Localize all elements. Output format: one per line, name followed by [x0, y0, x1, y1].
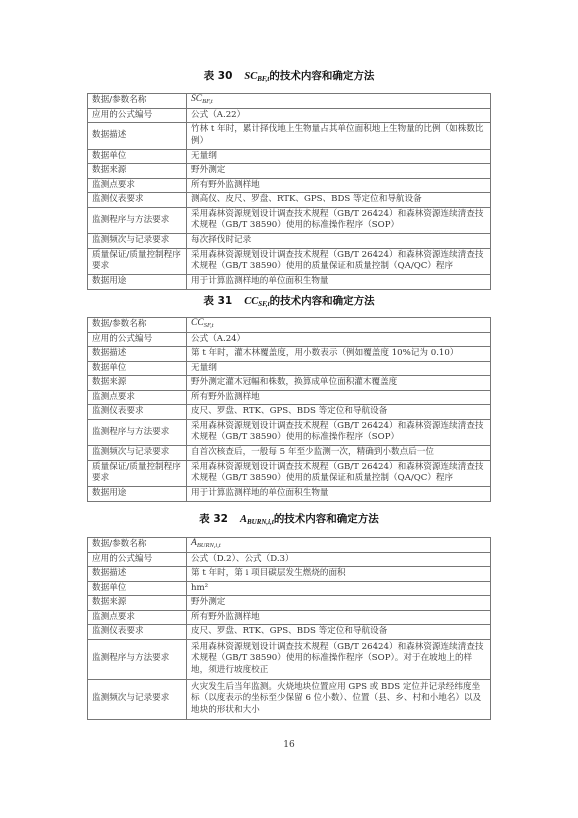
- table-row: 监测频次与记录要求火灾发生后当年监测。火烧地块位置应用 GPS 或 BDS 定位…: [88, 679, 491, 719]
- table-row: 数据/参数名称CCSF,t: [88, 318, 491, 333]
- row-key: 数据来源: [88, 376, 187, 391]
- table-32: 数据/参数名称ABURN,i,t 应用的公式编号公式（D.2）、公式（D.3） …: [87, 537, 491, 720]
- title-suffix: 的技术内容和确定方法: [269, 70, 374, 82]
- row-key: 监测频次与记录要求: [88, 446, 187, 461]
- row-value: CCSF,t: [187, 318, 491, 333]
- row-value: 公式（A.22）: [187, 108, 491, 123]
- table-row: 数据用途用于计算监测样地的单位面积生物量: [88, 275, 491, 290]
- table-number: 表 32: [199, 513, 228, 525]
- table-row: 质量保证/质量控制程序要求采用森林资源规划设计调查技术规程（GB/T 26424…: [88, 248, 491, 275]
- row-value: 采用森林资源规划设计调查技术规程（GB/T 26424）和森林资源连续清查技术规…: [187, 639, 491, 679]
- row-value: 第 t 年时，灌木林覆盖度，用小数表示（例如覆盖度 10%记为 0.10）: [187, 347, 491, 362]
- row-value: 第 t 年时，第 i 项目碳层发生燃烧的面积: [187, 567, 491, 582]
- row-value: 采用森林资源规划设计调查技术规程（GB/T 26424）和森林资源连续清查技术规…: [187, 419, 491, 446]
- row-value: 所有野外监测样地: [187, 178, 491, 193]
- row-key: 数据单位: [88, 581, 187, 596]
- row-key: 监测仪表要求: [88, 405, 187, 420]
- table-row: 监测频次与记录要求每次择伐时记录: [88, 234, 491, 249]
- row-value: 无量纲: [187, 361, 491, 376]
- row-value: 自首次核查后，一般每 5 年至少监测一次，精确到小数点后一位: [187, 446, 491, 461]
- table-row: 质量保证/质量控制程序要求采用森林资源规划设计调查技术规程（GB/T 26424…: [88, 460, 491, 487]
- table-row: 监测点要求所有野外监测样地: [88, 178, 491, 193]
- row-key: 监测程序与方法要求: [88, 639, 187, 679]
- row-key: 监测频次与记录要求: [88, 679, 187, 719]
- row-value: 无量纲: [187, 149, 491, 164]
- table-row: 监测仪表要求测高仪、皮尺、罗盘、RTK、GPS、BDS 等定位和导航设备: [88, 193, 491, 208]
- row-value: 竹林 t 年时，累计择伐地上生物量占其单位面积地上生物量的比例（如株数比例）: [187, 123, 491, 150]
- row-key: 应用的公式编号: [88, 552, 187, 567]
- row-value: 公式（D.2）、公式（D.3）: [187, 552, 491, 567]
- row-value: ABURN,i,t: [187, 538, 491, 553]
- table-row: 监测点要求所有野外监测样地: [88, 390, 491, 405]
- title-suffix: 的技术内容和确定方法: [270, 295, 375, 307]
- row-value: 野外测定灌木冠幅和株数，换算成单位面积灌木覆盖度: [187, 376, 491, 391]
- table-row: 监测仪表要求皮尺、罗盘、RTK、GPS、BDS 等定位和导航设备: [88, 405, 491, 420]
- param-symbol: ABURN,i,t: [191, 538, 221, 548]
- table-row: 数据来源野外测定灌木冠幅和株数，换算成单位面积灌木覆盖度: [88, 376, 491, 391]
- table-row: 应用的公式编号公式（A.22）: [88, 108, 491, 123]
- table-row: 应用的公式编号公式（A.24）: [88, 332, 491, 347]
- table-row: 监测点要求所有野外监测样地: [88, 610, 491, 625]
- row-value: 测高仪、皮尺、罗盘、RTK、GPS、BDS 等定位和导航设备: [187, 193, 491, 208]
- row-key: 数据用途: [88, 275, 187, 290]
- row-key: 监测仪表要求: [88, 193, 187, 208]
- row-key: 数据描述: [88, 347, 187, 362]
- row-key: 质量保证/质量控制程序要求: [88, 460, 187, 487]
- row-value: 采用森林资源规划设计调查技术规程（GB/T 26424）和森林资源连续清查技术规…: [187, 460, 491, 487]
- row-value: 皮尺、罗盘、RTK、GPS、BDS 等定位和导航设备: [187, 625, 491, 640]
- table-row: 数据单位无量纲: [88, 149, 491, 164]
- row-key: 监测点要求: [88, 610, 187, 625]
- table-row: 监测程序与方法要求采用森林资源规划设计调查技术规程（GB/T 26424）和森林…: [88, 639, 491, 679]
- table-30: 数据/参数名称SCBF,t 应用的公式编号公式（A.22） 数据描述竹林 t 年…: [87, 93, 491, 290]
- row-key: 数据单位: [88, 361, 187, 376]
- row-value: 公式（A.24）: [187, 332, 491, 347]
- row-key: 监测仪表要求: [88, 625, 187, 640]
- table-row: 数据单位无量纲: [88, 361, 491, 376]
- row-key: 监测点要求: [88, 390, 187, 405]
- row-key: 监测频次与记录要求: [88, 234, 187, 249]
- page-number: 16: [0, 740, 578, 750]
- param-symbol: CCSF,t: [244, 296, 269, 307]
- title-suffix: 的技术内容和确定方法: [274, 513, 379, 525]
- row-key: 数据来源: [88, 164, 187, 179]
- table-row: 数据来源野外测定: [88, 164, 491, 179]
- row-value: SCBF,t: [187, 94, 491, 109]
- table-31-title: 表 31CCSF,t的技术内容和确定方法: [0, 294, 578, 311]
- table-30-title: 表 30SCBF,t的技术内容和确定方法: [0, 69, 578, 86]
- row-value: 采用森林资源规划设计调查技术规程（GB/T 26424）和森林资源连续清查技术规…: [187, 207, 491, 234]
- row-key: 数据/参数名称: [88, 94, 187, 109]
- table-number: 表 30: [204, 70, 233, 82]
- row-key: 监测点要求: [88, 178, 187, 193]
- table-32-title: 表 32ABURN,i,t的技术内容和确定方法: [0, 512, 578, 529]
- table-row: 数据/参数名称SCBF,t: [88, 94, 491, 109]
- table-row: 数据来源野外测定: [88, 596, 491, 611]
- row-key: 应用的公式编号: [88, 332, 187, 347]
- row-value: 所有野外监测样地: [187, 390, 491, 405]
- table-row: 应用的公式编号公式（D.2）、公式（D.3）: [88, 552, 491, 567]
- row-value: 火灾发生后当年监测。火烧地块位置应用 GPS 或 BDS 定位并记录经纬度坐标（…: [187, 679, 491, 719]
- row-key: 数据单位: [88, 149, 187, 164]
- table-row: 监测频次与记录要求自首次核查后，一般每 5 年至少监测一次，精确到小数点后一位: [88, 446, 491, 461]
- param-symbol: ABURN,i,t: [240, 514, 274, 525]
- row-key: 质量保证/质量控制程序要求: [88, 248, 187, 275]
- row-key: 数据/参数名称: [88, 318, 187, 333]
- table-row: 监测仪表要求皮尺、罗盘、RTK、GPS、BDS 等定位和导航设备: [88, 625, 491, 640]
- table-row: 数据描述第 t 年时，灌木林覆盖度，用小数表示（例如覆盖度 10%记为 0.10…: [88, 347, 491, 362]
- row-key: 数据描述: [88, 123, 187, 150]
- param-symbol: SCBF,t: [191, 94, 213, 104]
- param-symbol: SCBF,t: [244, 71, 269, 82]
- table-row: 数据描述第 t 年时，第 i 项目碳层发生燃烧的面积: [88, 567, 491, 582]
- table-row: 数据单位hm²: [88, 581, 491, 596]
- row-value: hm²: [187, 581, 491, 596]
- row-value: 用于计算监测样地的单位面积生物量: [187, 487, 491, 502]
- table-row: 数据用途用于计算监测样地的单位面积生物量: [88, 487, 491, 502]
- row-value: 每次择伐时记录: [187, 234, 491, 249]
- table-31: 数据/参数名称CCSF,t 应用的公式编号公式（A.24） 数据描述第 t 年时…: [87, 317, 491, 502]
- table-row: 监测程序与方法要求采用森林资源规划设计调查技术规程（GB/T 26424）和森林…: [88, 207, 491, 234]
- row-key: 监测程序与方法要求: [88, 419, 187, 446]
- row-key: 应用的公式编号: [88, 108, 187, 123]
- table-row: 数据描述竹林 t 年时，累计择伐地上生物量占其单位面积地上生物量的比例（如株数比…: [88, 123, 491, 150]
- row-key: 数据/参数名称: [88, 538, 187, 553]
- row-value: 所有野外监测样地: [187, 610, 491, 625]
- table-row: 监测程序与方法要求采用森林资源规划设计调查技术规程（GB/T 26424）和森林…: [88, 419, 491, 446]
- row-value: 野外测定: [187, 596, 491, 611]
- row-key: 数据来源: [88, 596, 187, 611]
- row-key: 监测程序与方法要求: [88, 207, 187, 234]
- param-symbol: CCSF,t: [191, 318, 214, 328]
- table-row: 数据/参数名称ABURN,i,t: [88, 538, 491, 553]
- row-key: 数据描述: [88, 567, 187, 582]
- row-key: 数据用途: [88, 487, 187, 502]
- table-number: 表 31: [203, 295, 232, 307]
- row-value: 野外测定: [187, 164, 491, 179]
- row-value: 采用森林资源规划设计调查技术规程（GB/T 26424）和森林资源连续清查技术规…: [187, 248, 491, 275]
- row-value: 皮尺、罗盘、RTK、GPS、BDS 等定位和导航设备: [187, 405, 491, 420]
- row-value: 用于计算监测样地的单位面积生物量: [187, 275, 491, 290]
